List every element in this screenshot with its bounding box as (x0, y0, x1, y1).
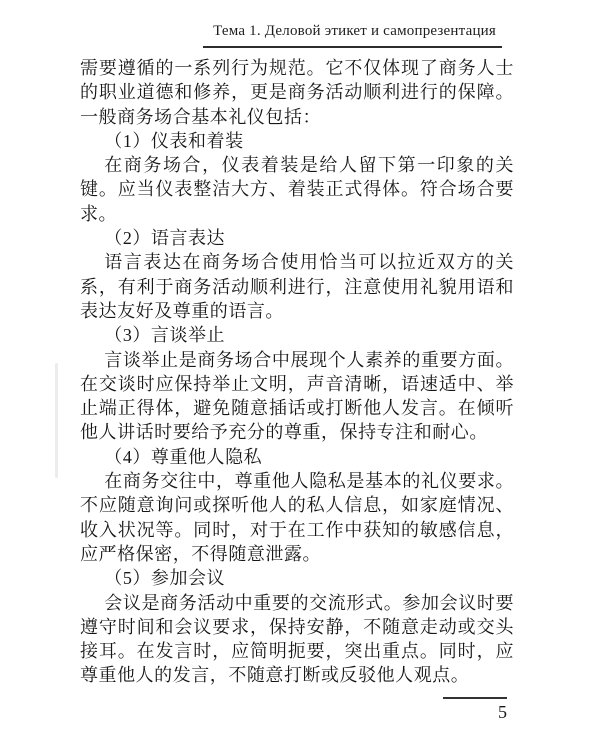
chapter-title: Тема 1. Деловой этикет и самопрезентация (203, 23, 502, 48)
list-item-heading-4: （4）尊重他人隐私 (80, 445, 514, 469)
list-item-body-1: 在商务场合，仪表着装是给人留下第一印象的关键。应当仪表整洁大方、着装正式得体。符… (80, 153, 514, 226)
list-item-body-5: 会议是商务活动中重要的交流形式。参加会议时要遵守时间和会议要求，保持安静，不随意… (80, 591, 514, 688)
paragraph-continued: 需要遵循的一系列行为规范。它不仅体现了商务人士的职业道德和修养，更是商务活动顺利… (80, 56, 514, 129)
scan-shadow-artifact (55, 363, 58, 478)
page-body: 需要遵循的一系列行为规范。它不仅体现了商务人士的职业道德和修养，更是商务活动顺利… (80, 56, 514, 688)
page-footer: 5 (443, 697, 507, 723)
list-item-heading-3: （3）言谈举止 (80, 323, 514, 347)
page-number: 5 (443, 702, 507, 723)
list-item-body-2: 语言表达在商务场合使用恰当可以拉近双方的关系，有利于商务活动顺利进行，注意使用礼… (80, 250, 514, 323)
list-item-heading-5: （5）参加会议 (80, 566, 514, 590)
book-page: Тема 1. Деловой этикет и самопрезентация… (0, 0, 600, 750)
list-item-heading-1: （1）仪表和着装 (80, 129, 514, 153)
list-item-heading-2: （2）语言表达 (80, 226, 514, 250)
list-item-body-4: 在商务交往中，尊重他人隐私是基本的礼仪要求。不应随意询问或探听他人的私人信息，如… (80, 469, 514, 566)
running-header: Тема 1. Деловой этикет и самопрезентация (0, 22, 502, 48)
list-item-body-3: 言谈举止是商务场合中展现个人素养的重要方面。在交谈时应保持举止文明，声音清晰，语… (80, 348, 514, 445)
